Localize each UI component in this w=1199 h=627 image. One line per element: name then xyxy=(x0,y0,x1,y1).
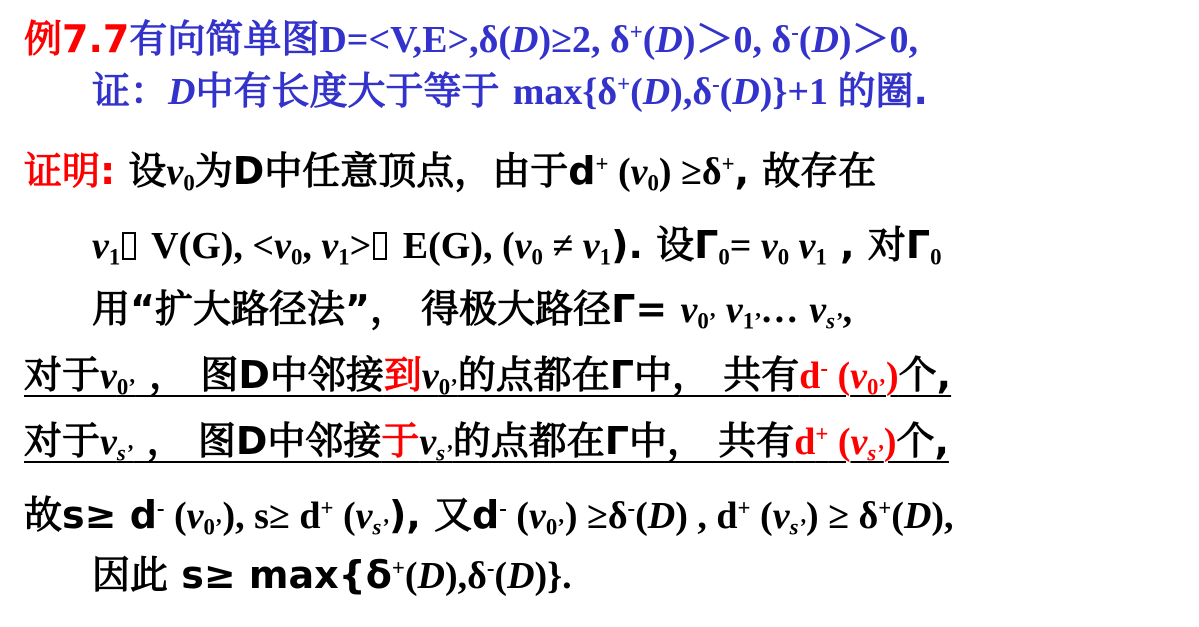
example-statement-line-1: 例7.7有向简单图D=<V,E>,δ(D)≥2, δ+(D)＞0, δ-(D)＞… xyxy=(24,16,918,63)
proof-line-6: 故s≥ d- (v0’), s≥ d+ (vs’), 又d- (v0’) ≥δ-… xyxy=(24,492,954,539)
proof-conclusion: 因此 s≥ max{δ+(D),δ-(D)}. xyxy=(92,552,572,599)
example-statement-line-2: 证：D中有长度大于等于 max{δ+(D),δ-(D)}+1 的圈. xyxy=(92,68,928,115)
proof-line-3: 用“扩大路径法”， 得极大路径Γ= v0’ v1’… vs’, xyxy=(92,286,852,333)
proof-line-1: 证明: 设v0为D中任意顶点，由于d+ (v0) ≥δ+, 故存在 xyxy=(24,148,876,195)
highlight-out-degree: d+ (vs’) xyxy=(794,421,896,463)
missing-glyph-icon xyxy=(122,232,136,260)
proof-label: 证明: xyxy=(24,149,115,193)
proof-line-4-underlined: 对于v0’ ， 图D中邻接到v0’的点都在Γ中， 共有d- (v0’)个, xyxy=(24,352,951,399)
proof-line-5-underlined: 对于vs’ ， 图D中邻接于vs’的点都在Γ中， 共有d+ (vs’)个, xyxy=(24,418,949,465)
highlight-to: 到 xyxy=(384,353,422,397)
example-label: 例7.7 xyxy=(24,17,129,61)
missing-glyph-icon xyxy=(373,232,387,260)
highlight-in-degree: d- (v0’) xyxy=(799,355,898,397)
proof-line-2: v1 V(G), <v0, v1> E(G), (v0 ≠ v1). 设Γ0= … xyxy=(92,222,941,269)
highlight-from: 于 xyxy=(381,419,419,463)
